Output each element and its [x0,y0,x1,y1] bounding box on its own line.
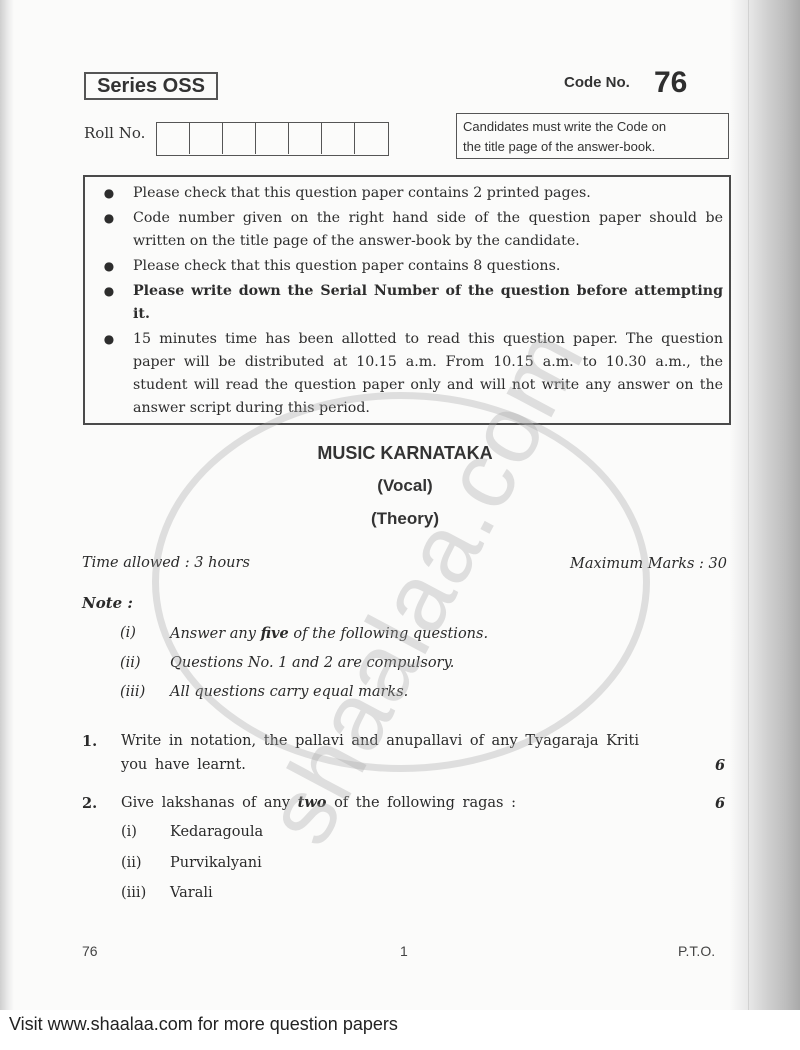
candidate-note-line: the title page of the answer-book. [463,137,722,157]
instruction-item: ● Code number given on the right hand si… [85,207,729,253]
maximum-marks: Maximum Marks : 30 [570,556,727,572]
roll-number-box [355,123,388,154]
roll-number-box [157,123,190,154]
roll-number-label: Roll No. [84,124,145,142]
note-label: Note : [82,594,133,612]
scan-left-edge [0,0,14,1010]
subject-subtitle-vocal: (Vocal) [0,476,800,496]
instruction-item: ● 15 minutes time has been allotted to r… [85,328,729,420]
roll-number-box [190,123,223,154]
time-allowed: Time allowed : 3 hours [82,555,250,571]
question-text: Give lakshanas of any two of the followi… [121,791,711,815]
raga-option: (i) Kedaragoula [121,824,263,840]
bullet-icon: ● [85,182,133,205]
roll-number-box [322,123,355,154]
instruction-item: ● Please write down the Serial Number of… [85,280,729,326]
bullet-icon: ● [85,255,133,278]
bullet-icon: ● [85,328,133,420]
bottom-banner-link[interactable]: Visit www.shaalaa.com for more question … [9,1014,398,1035]
note-item: (ii) Questions No. 1 and 2 are compulsor… [120,655,454,671]
raga-option: (iii) Varali [121,885,213,901]
subject-title: MUSIC KARNATAKA [0,443,800,464]
question-marks: 6 [715,795,725,812]
question-marks: 6 [715,757,725,774]
subject-subtitle-theory: (Theory) [0,509,800,529]
roll-number-box [256,123,289,154]
roll-number-boxes [156,122,389,156]
roll-number-box [289,123,322,154]
roll-number-box [223,123,256,154]
code-number: 76 [654,66,687,100]
footer-pto: P.T.O. [678,943,715,959]
scan-right-edge [730,0,800,1010]
series-box: Series OSS [84,72,218,100]
question-number: 2. [82,795,97,812]
candidate-code-note: Candidates must write the Code on the ti… [456,113,729,159]
raga-option: (ii) Purvikalyani [121,855,262,871]
instruction-item: ● Please check that this question paper … [85,182,729,205]
candidate-note-line: Candidates must write the Code on [463,117,722,137]
note-item: (iii) All questions carry equal marks. [120,684,408,700]
footer-code: 76 [82,943,98,959]
instruction-item: ● Please check that this question paper … [85,255,729,278]
note-item: (i) Answer any five of the following que… [120,625,488,642]
bullet-icon: ● [85,280,133,326]
question-number: 1. [82,733,97,750]
instructions-box: ● Please check that this question paper … [83,175,731,425]
bullet-icon: ● [85,207,133,253]
footer-page-number: 1 [400,943,408,959]
question-text: Write in notation, the pallavi and anupa… [121,729,711,777]
code-label: Code No. [564,74,630,91]
